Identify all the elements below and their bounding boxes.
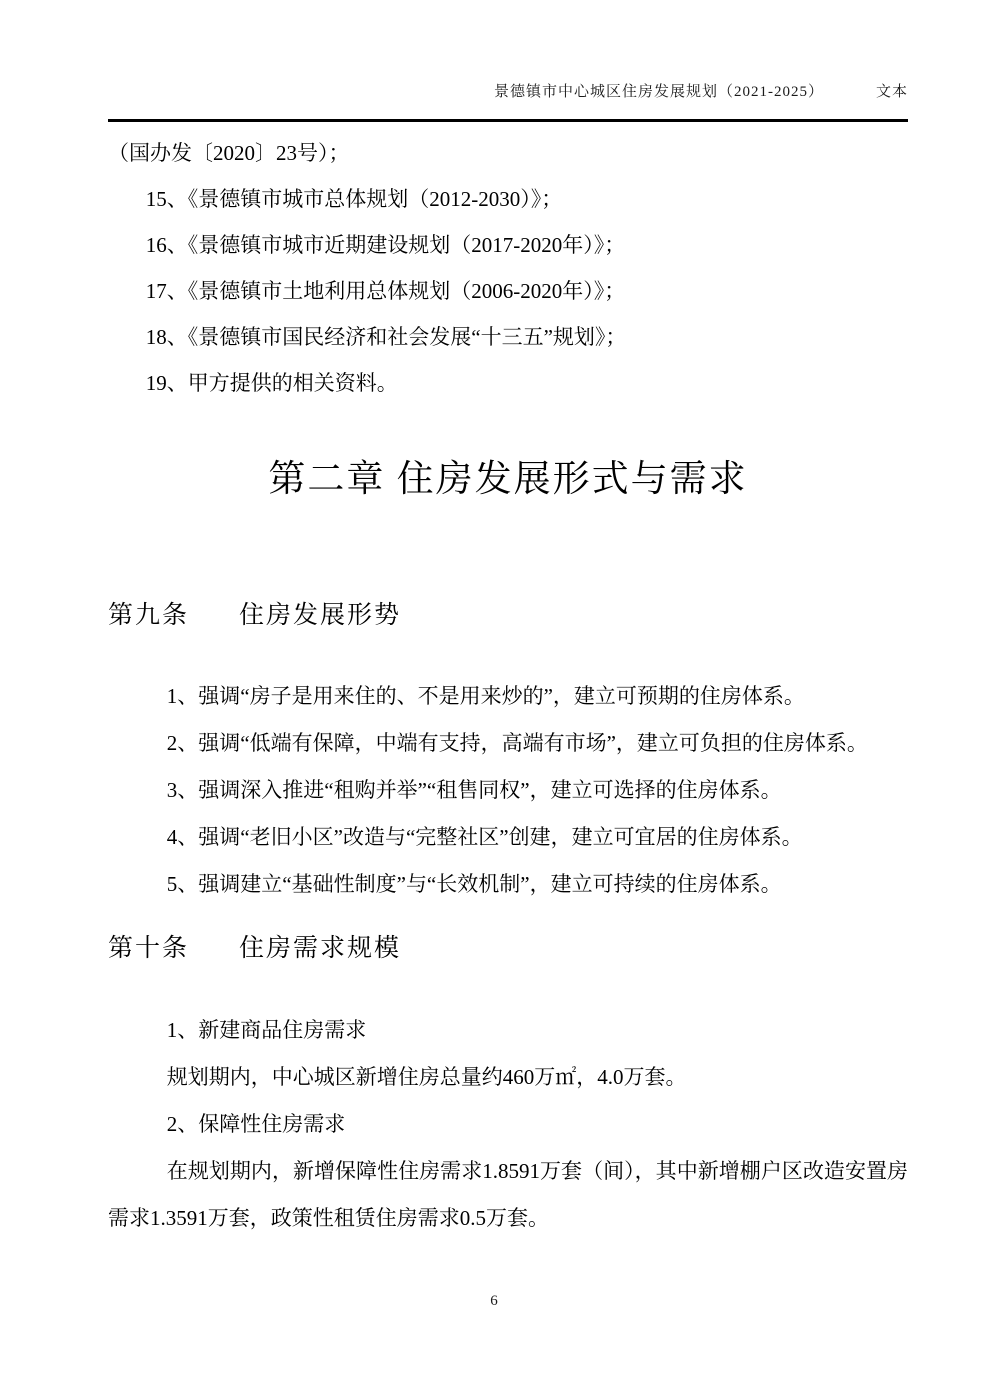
body-paragraph: 在规划期内，新增保障性住房需求1.8591万套（间），其中新增棚户区改造安置房需… [108, 1148, 908, 1242]
reference-item: 17、《景德镇市土地利用总体规划（2006-2020年）》； [108, 268, 908, 314]
chapter-title: 第二章 住房发展形式与需求 [108, 454, 908, 506]
intro-paragraph: （国办发〔2020〕23号）； [108, 130, 908, 176]
reference-item: 18、《景德镇市国民经济和社会发展“十三五”规划》； [108, 314, 908, 360]
header-doc-type: 文本 [876, 80, 908, 101]
body-paragraph: 1、新建商品住房需求 [108, 1007, 908, 1054]
section-heading: 第十条住房需求规模 [108, 932, 908, 966]
section-number: 第十条 [108, 935, 189, 962]
section-heading: 第九条住房发展形势 [108, 599, 908, 633]
section-number: 第九条 [108, 602, 189, 629]
header-doc-title: 景德镇市中心城区住房发展规划（2021-2025） [494, 80, 824, 101]
page-content: （国办发〔2020〕23号）； 15、《景德镇市城市总体规划（2012-2030… [108, 130, 908, 1242]
section-paragraphs: 1、强调“房子是用来住的、不是用来炒的”，建立可预期的住房体系。 2、强调“低端… [108, 673, 908, 908]
section-title: 住房需求规模 [239, 935, 401, 962]
section-title: 住房发展形势 [239, 602, 401, 629]
body-paragraph: 规划期内，中心城区新增住房总量约460万㎡，4.0万套。 [108, 1054, 908, 1101]
body-paragraph: 5、强调建立“基础性制度”与“长效机制”，建立可持续的住房体系。 [108, 861, 908, 908]
document-page: 景德镇市中心城区住房发展规划（2021-2025） 文本 （国办发〔2020〕2… [0, 0, 988, 1399]
reference-item: 15、《景德镇市城市总体规划（2012-2030）》； [108, 176, 908, 222]
body-paragraph: 3、强调深入推进“租购并举”“租售同权”，建立可选择的住房体系。 [108, 767, 908, 814]
section-paragraphs: 1、新建商品住房需求 规划期内，中心城区新增住房总量约460万㎡，4.0万套。 … [108, 1007, 908, 1242]
body-paragraph: 2、保障性住房需求 [108, 1101, 908, 1148]
body-paragraph: 2、强调“低端有保障，中端有支持，高端有市场”，建立可负担的住房体系。 [108, 720, 908, 767]
reference-item: 19、甲方提供的相关资料。 [108, 360, 908, 406]
header-rule [108, 119, 908, 122]
running-header: 景德镇市中心城区住房发展规划（2021-2025） 文本 [108, 80, 908, 101]
page-number: 6 [0, 1293, 988, 1310]
body-paragraph: 4、强调“老旧小区”改造与“完整社区”创建，建立可宜居的住房体系。 [108, 814, 908, 861]
reference-item: 16、《景德镇市城市近期建设规划（2017-2020年）》； [108, 222, 908, 268]
body-paragraph: 1、强调“房子是用来住的、不是用来炒的”，建立可预期的住房体系。 [108, 673, 908, 720]
reference-list: 15、《景德镇市城市总体规划（2012-2030）》； 16、《景德镇市城市近期… [108, 176, 908, 406]
